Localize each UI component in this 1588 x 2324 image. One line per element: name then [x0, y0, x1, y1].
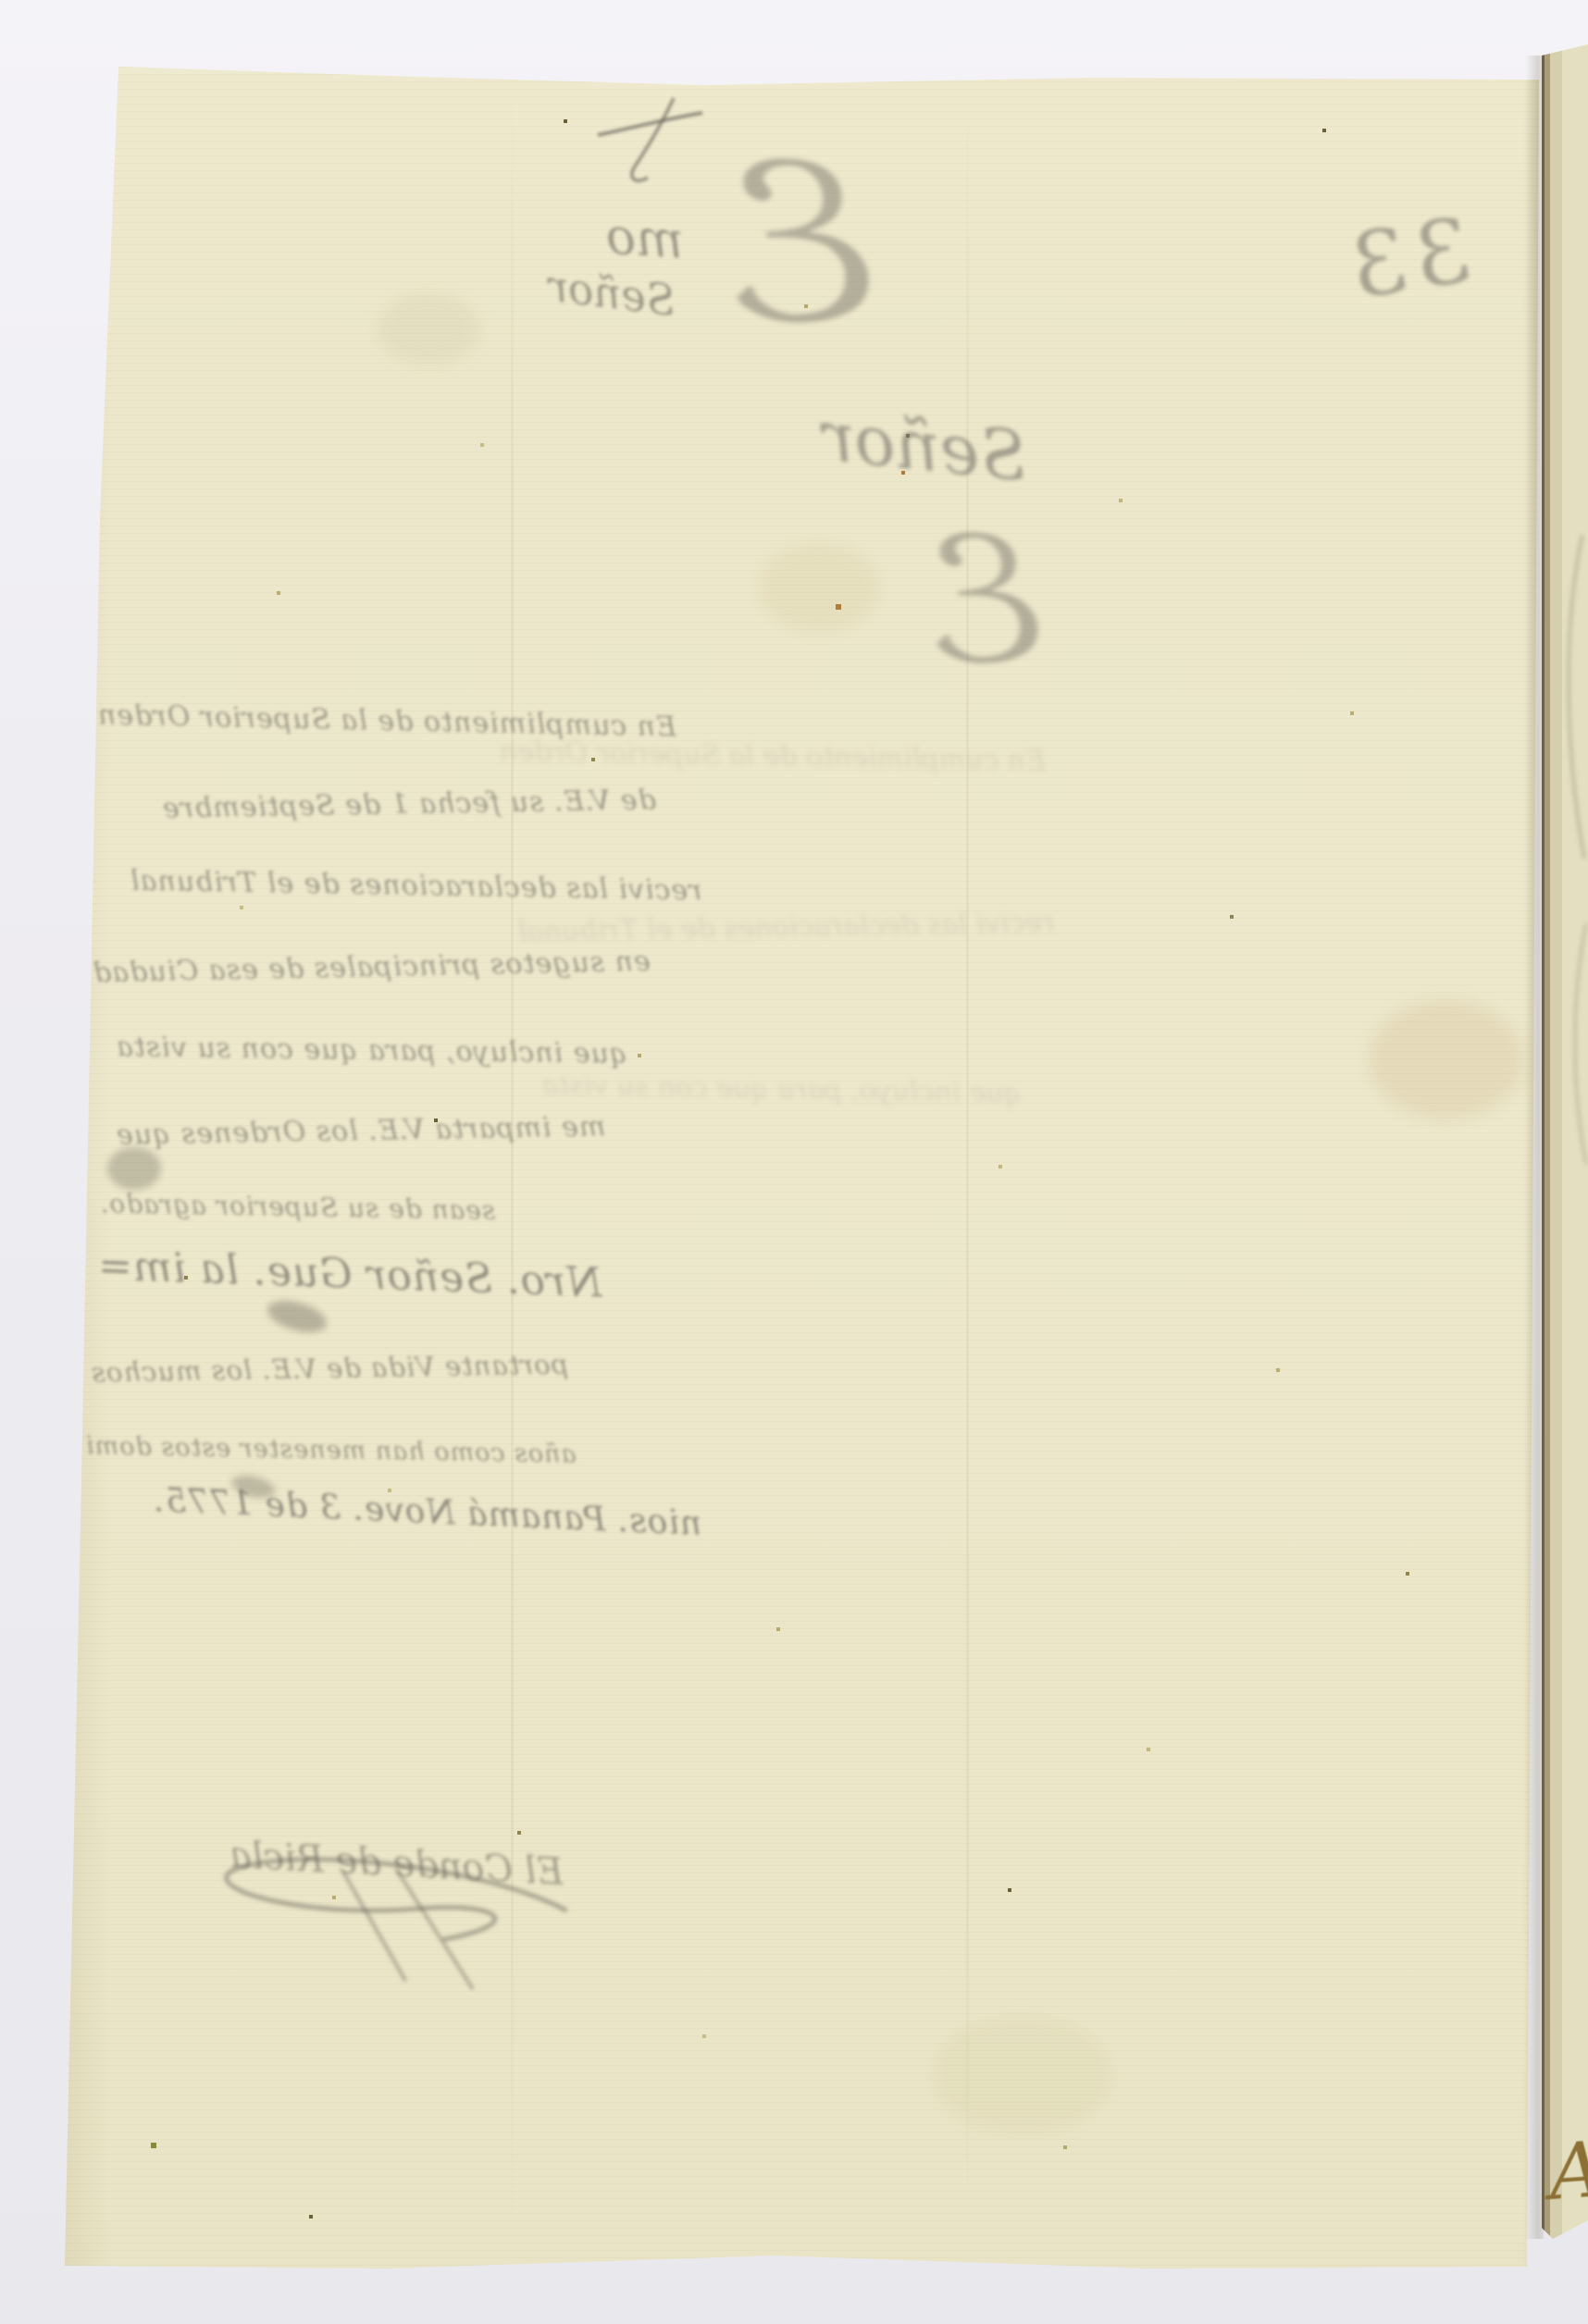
vertical-fold-crease [966, 74, 969, 2257]
adjacent-page-bleed-marks [1542, 525, 1588, 1173]
bleedthrough-signature-block: El Conde de Ricla [181, 1826, 588, 2009]
paper-fiber-flecks [0, 0, 2, 2]
signature-rubric-flourish [181, 1826, 588, 2009]
paper-stain [378, 294, 479, 364]
invocation-cross-icon [592, 91, 708, 202]
bleedthrough-address-suffix: mo [604, 206, 686, 270]
letter-page: ℰ mo Señor Señor ℰ 33 En cumplimiento de… [0, 0, 1588, 2324]
corner-letter-a: A [1546, 2126, 1588, 2218]
paper-stain [1368, 999, 1525, 1119]
bleedthrough-address-initial: ℰ [718, 117, 894, 374]
paper-stain [935, 2017, 1110, 2132]
ink-smudge [107, 1147, 161, 1190]
paper-top-edge-band [0, 0, 1588, 32]
scanner-background: ℰ mo Señor Señor ℰ 33 En cumplimiento de… [0, 0, 1588, 2324]
binding-gap-shadow [1525, 56, 1544, 2239]
paper-left-shading [56, 0, 111, 2324]
paper-stain [759, 544, 879, 632]
adjacent-page-edge: A [1542, 44, 1588, 2239]
folio-number: 33 [1336, 198, 1479, 320]
bleedthrough-salutation-initial: ℰ [920, 497, 1059, 705]
